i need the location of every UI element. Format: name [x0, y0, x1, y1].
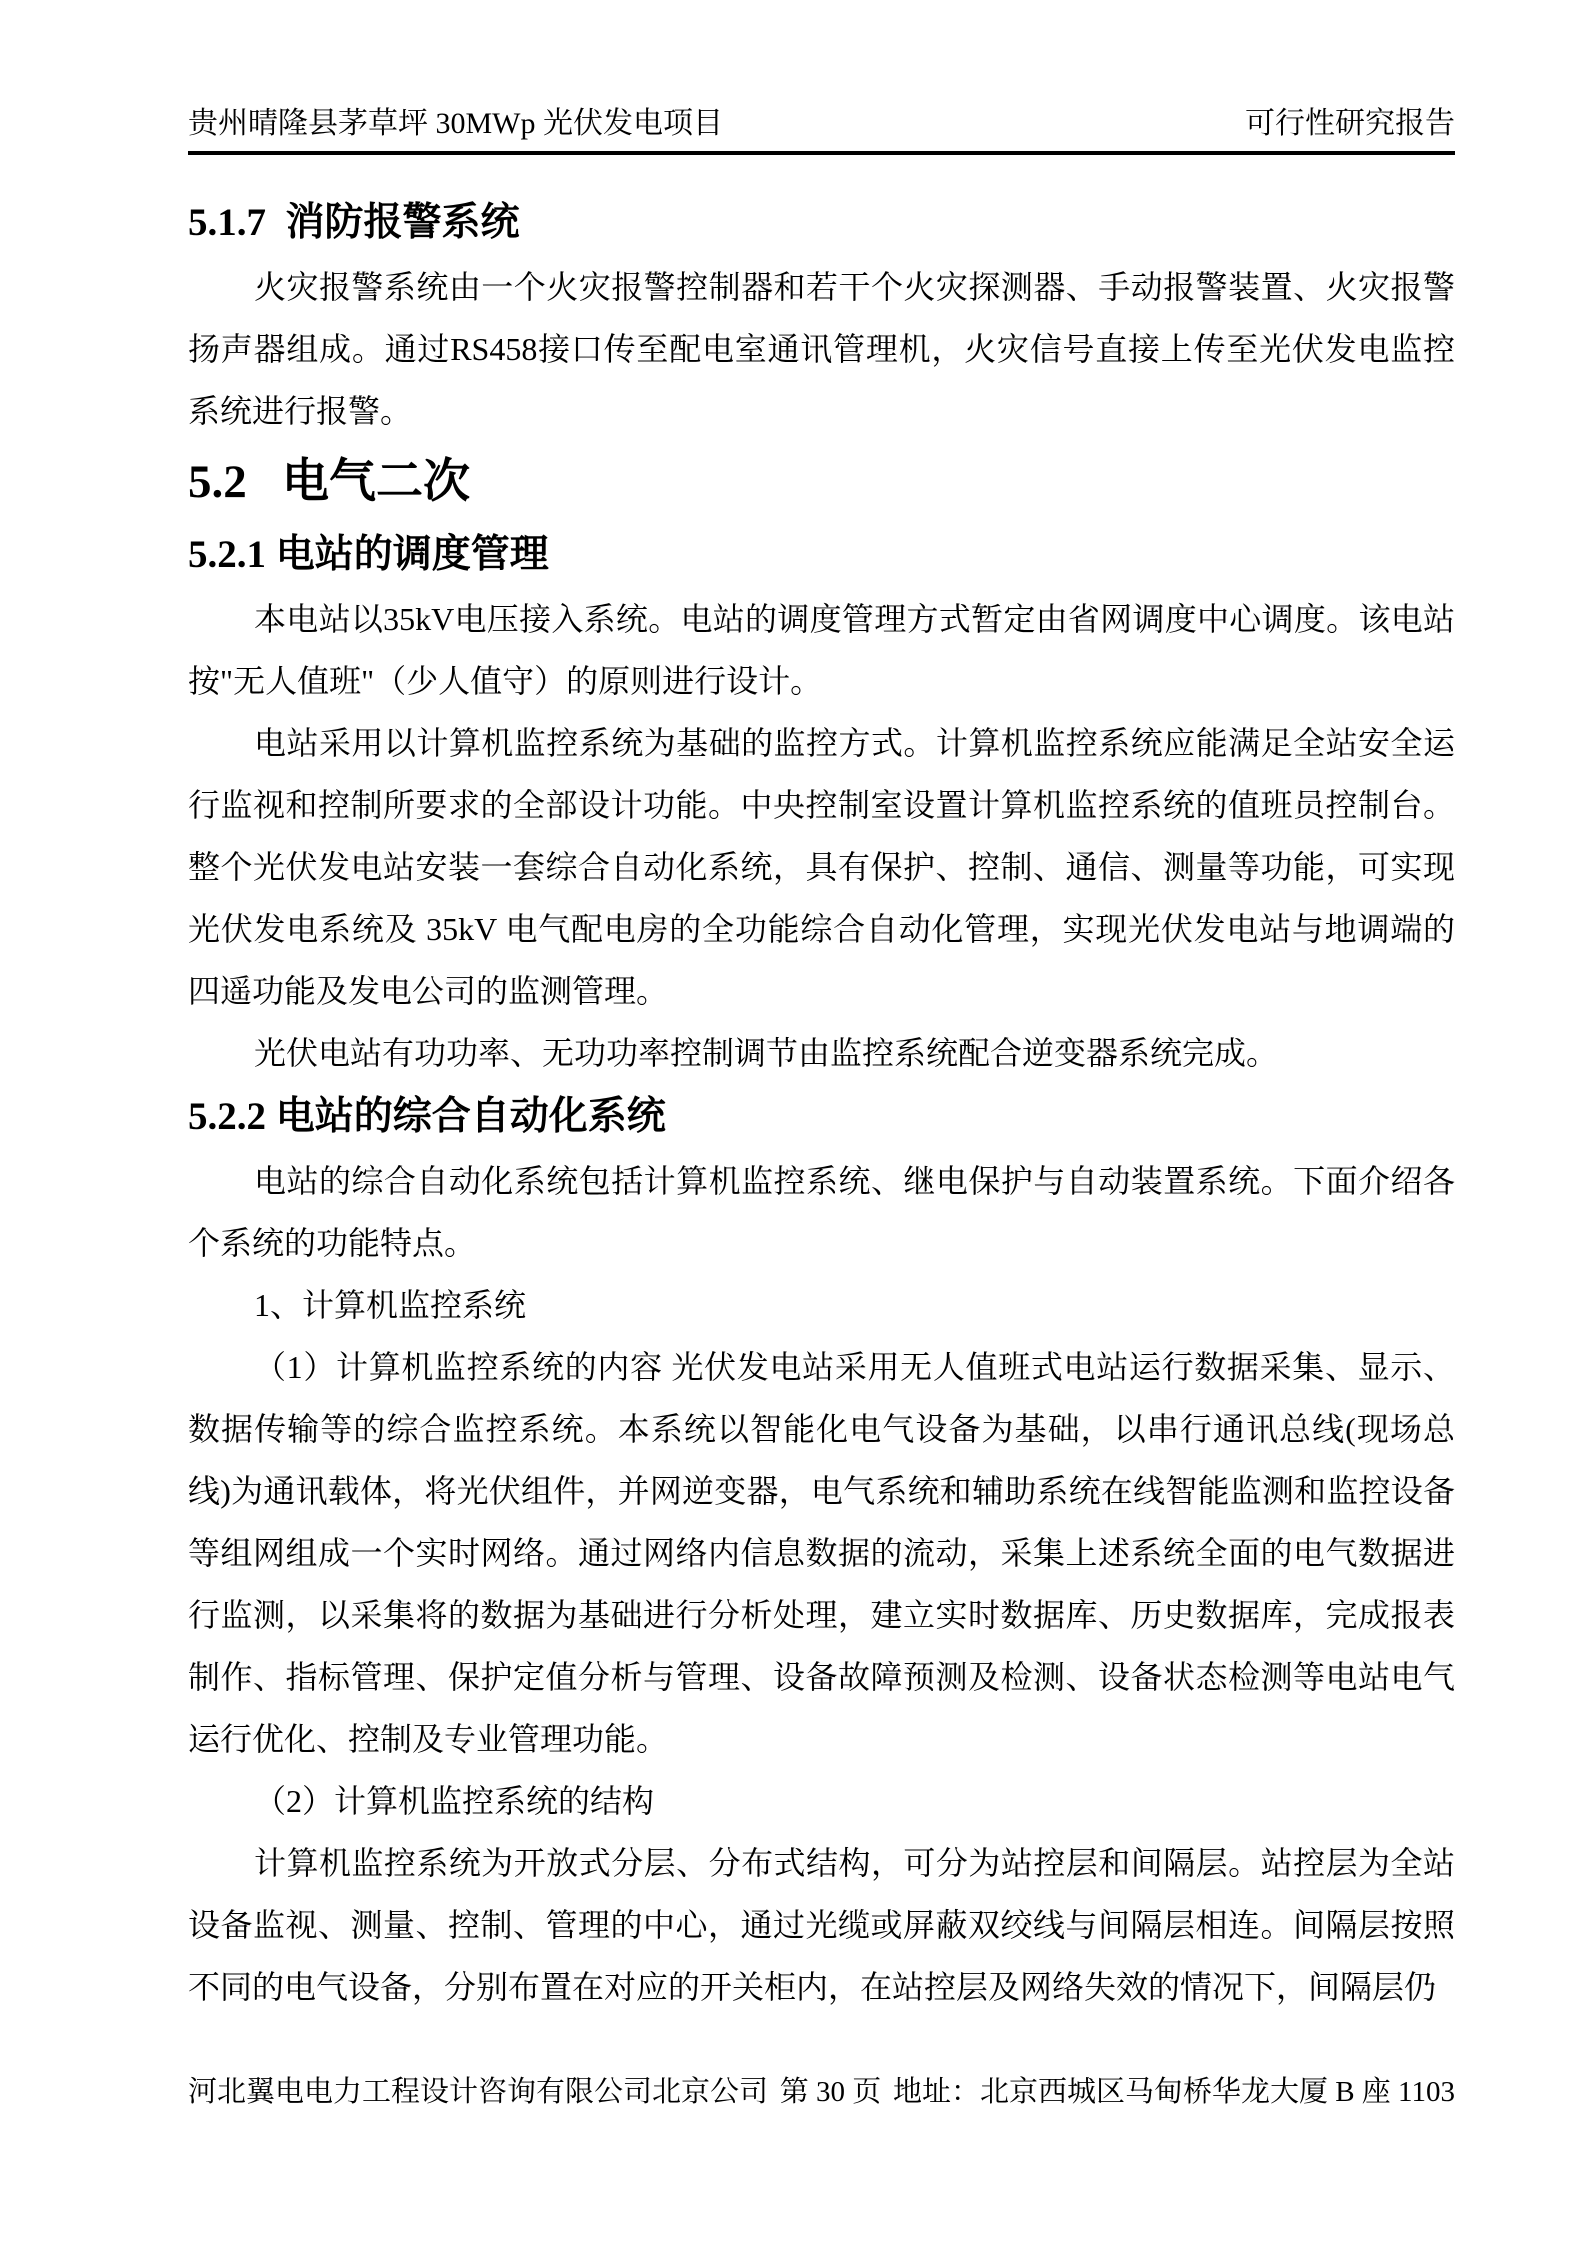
page-footer: 河北翼电电力工程设计咨询有限公司北京公司 第 30 页 地址：北京西城区马甸桥华…: [188, 2072, 1455, 2112]
footer-company: 河北翼电电力工程设计咨询有限公司北京公司: [188, 2072, 768, 2112]
document-body: 5.1.7 消防报警系统 火灾报警系统由一个火灾报警控制器和若干个火灾探测器、手…: [188, 190, 1455, 2018]
para-fire-alarm-system: 火灾报警系统由一个火灾报警控制器和若干个火灾探测器、手动报警装置、火灾报警扬声器…: [188, 256, 1455, 442]
para-monitoring-structure-title: （2）计算机监控系统的结构: [188, 1770, 1455, 1832]
para-monitoring-structure: 计算机监控系统为开放式分层、分布式结构，可分为站控层和间隔层。站控层为全站设备监…: [188, 1832, 1455, 2018]
header-report-type: 可行性研究报告: [1245, 104, 1455, 144]
para-computer-monitoring-mode: 电站采用以计算机监控系统为基础的监控方式。计算机监控系统应能满足全站安全运行监视…: [188, 712, 1455, 1022]
para-monitoring-content: （1）计算机监控系统的内容 光伏发电站采用无人值班式电站运行数据采集、显示、数据…: [188, 1336, 1455, 1770]
para-item-1-computer-monitoring: 1、计算机监控系统: [188, 1274, 1455, 1336]
heading-5-2-electrical-secondary: 5.2 电气二次: [188, 442, 1455, 522]
heading-5-2-1-dispatch-management: 5.2.1 电站的调度管理: [188, 522, 1455, 588]
heading-5-1-7-fire-alarm-system: 5.1.7 消防报警系统: [188, 190, 1455, 256]
heading-5-2-2-integrated-automation: 5.2.2 电站的综合自动化系统: [188, 1084, 1455, 1150]
footer-address: 地址：北京西城区马甸桥华龙大厦 B 座 1103: [893, 2072, 1455, 2112]
para-automation-overview: 电站的综合自动化系统包括计算机监控系统、继电保护与自动装置系统。下面介绍各个系统…: [188, 1150, 1455, 1274]
footer-page-number: 第 30 页: [780, 2072, 882, 2112]
header-project-title: 贵州晴隆县茅草坪 30MWp 光伏发电项目: [188, 104, 723, 144]
page-header: 贵州晴隆县茅草坪 30MWp 光伏发电项目 可行性研究报告: [188, 104, 1455, 144]
para-power-control: 光伏电站有功功率、无功功率控制调节由监控系统配合逆变器系统完成。: [188, 1022, 1455, 1084]
header-rule: [188, 151, 1455, 155]
para-dispatch-management: 本电站以35kV电压接入系统。电站的调度管理方式暂定由省网调度中心调度。该电站按…: [188, 588, 1455, 712]
document-page: 贵州晴隆县茅草坪 30MWp 光伏发电项目 可行性研究报告 5.1.7 消防报警…: [0, 0, 1587, 2245]
